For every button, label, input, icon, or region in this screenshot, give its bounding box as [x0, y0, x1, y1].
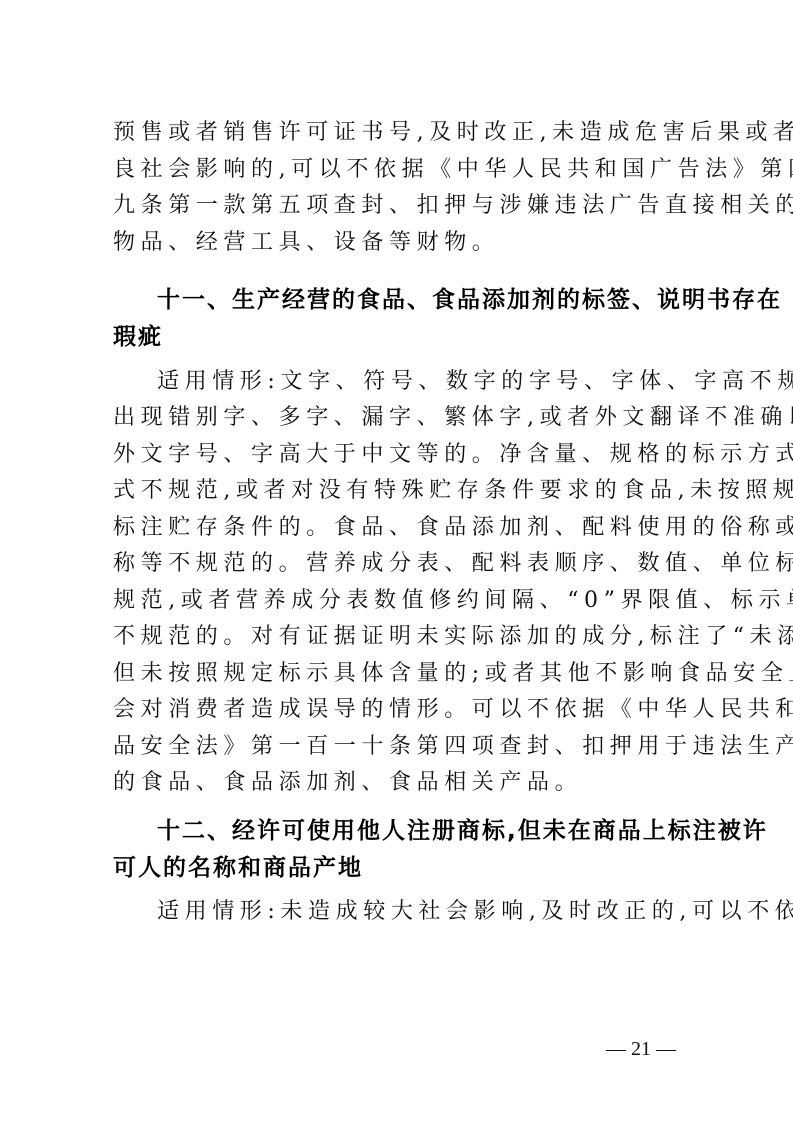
section-heading-12: 十二、经许可使用他人注册商标,但未在商品上标注被许	[157, 816, 679, 846]
body-line: 品安全法》第一百一十条第四项查封、扣押用于违法生产经营	[113, 732, 679, 762]
body-line: 良社会影响的,可以不依据《中华人民共和国广告法》第四十	[113, 155, 679, 185]
section-heading-11-cont: 瑕疵	[113, 322, 679, 352]
body-line: 会对消费者造成误导的情形。可以不依据《中华人民共和国食	[113, 695, 679, 725]
body-line: 适用情形:未造成较大社会影响,及时改正的,可以不依据	[157, 897, 679, 927]
body-line: 不规范的。对有证据证明未实际添加的成分,标注了“未添加”,	[113, 622, 679, 652]
body-line: 称等不规范的。营养成分表、配料表顺序、数值、单位标示不	[113, 549, 679, 579]
body-line: 物品、经营工具、设备等财物。	[113, 228, 679, 258]
body-line: 九条第一款第五项查封、扣押与涉嫌违法广告直接相关的广告	[113, 191, 679, 221]
body-line: 式不规范,或者对没有特殊贮存条件要求的食品,未按照规定	[113, 476, 679, 506]
body-line: 出现错别字、多字、漏字、繁体字,或者外文翻译不准确以及	[113, 403, 679, 433]
document-page: 预售或者销售许可证书号,及时改正,未造成危害后果或者不 良社会影响的,可以不依据…	[0, 0, 793, 1122]
body-line: 外文字号、字高大于中文等的。净含量、规格的标示方式和格	[113, 440, 679, 470]
body-line: 规范,或者营养成分表数值修约间隔、“0”界限值、标示单位	[113, 586, 679, 616]
body-line: 预售或者销售许可证书号,及时改正,未造成危害后果或者不	[113, 118, 679, 148]
body-line: 的食品、食品添加剂、食品相关产品。	[113, 768, 679, 798]
body-line: 适用情形:文字、符号、数字的字号、字体、字高不规范,	[157, 367, 679, 397]
section-heading-11: 十一、生产经营的食品、食品添加剂的标签、说明书存在	[157, 285, 679, 315]
body-line: 但未按照规定标示具体含量的;或者其他不影响食品安全且不	[113, 659, 679, 689]
body-line: 标注贮存条件的。食品、食品添加剂、配料使用的俗称或者简	[113, 513, 679, 543]
page-number: — 21 —	[606, 1038, 676, 1061]
section-heading-12-cont: 可人的名称和商品产地	[113, 853, 679, 883]
